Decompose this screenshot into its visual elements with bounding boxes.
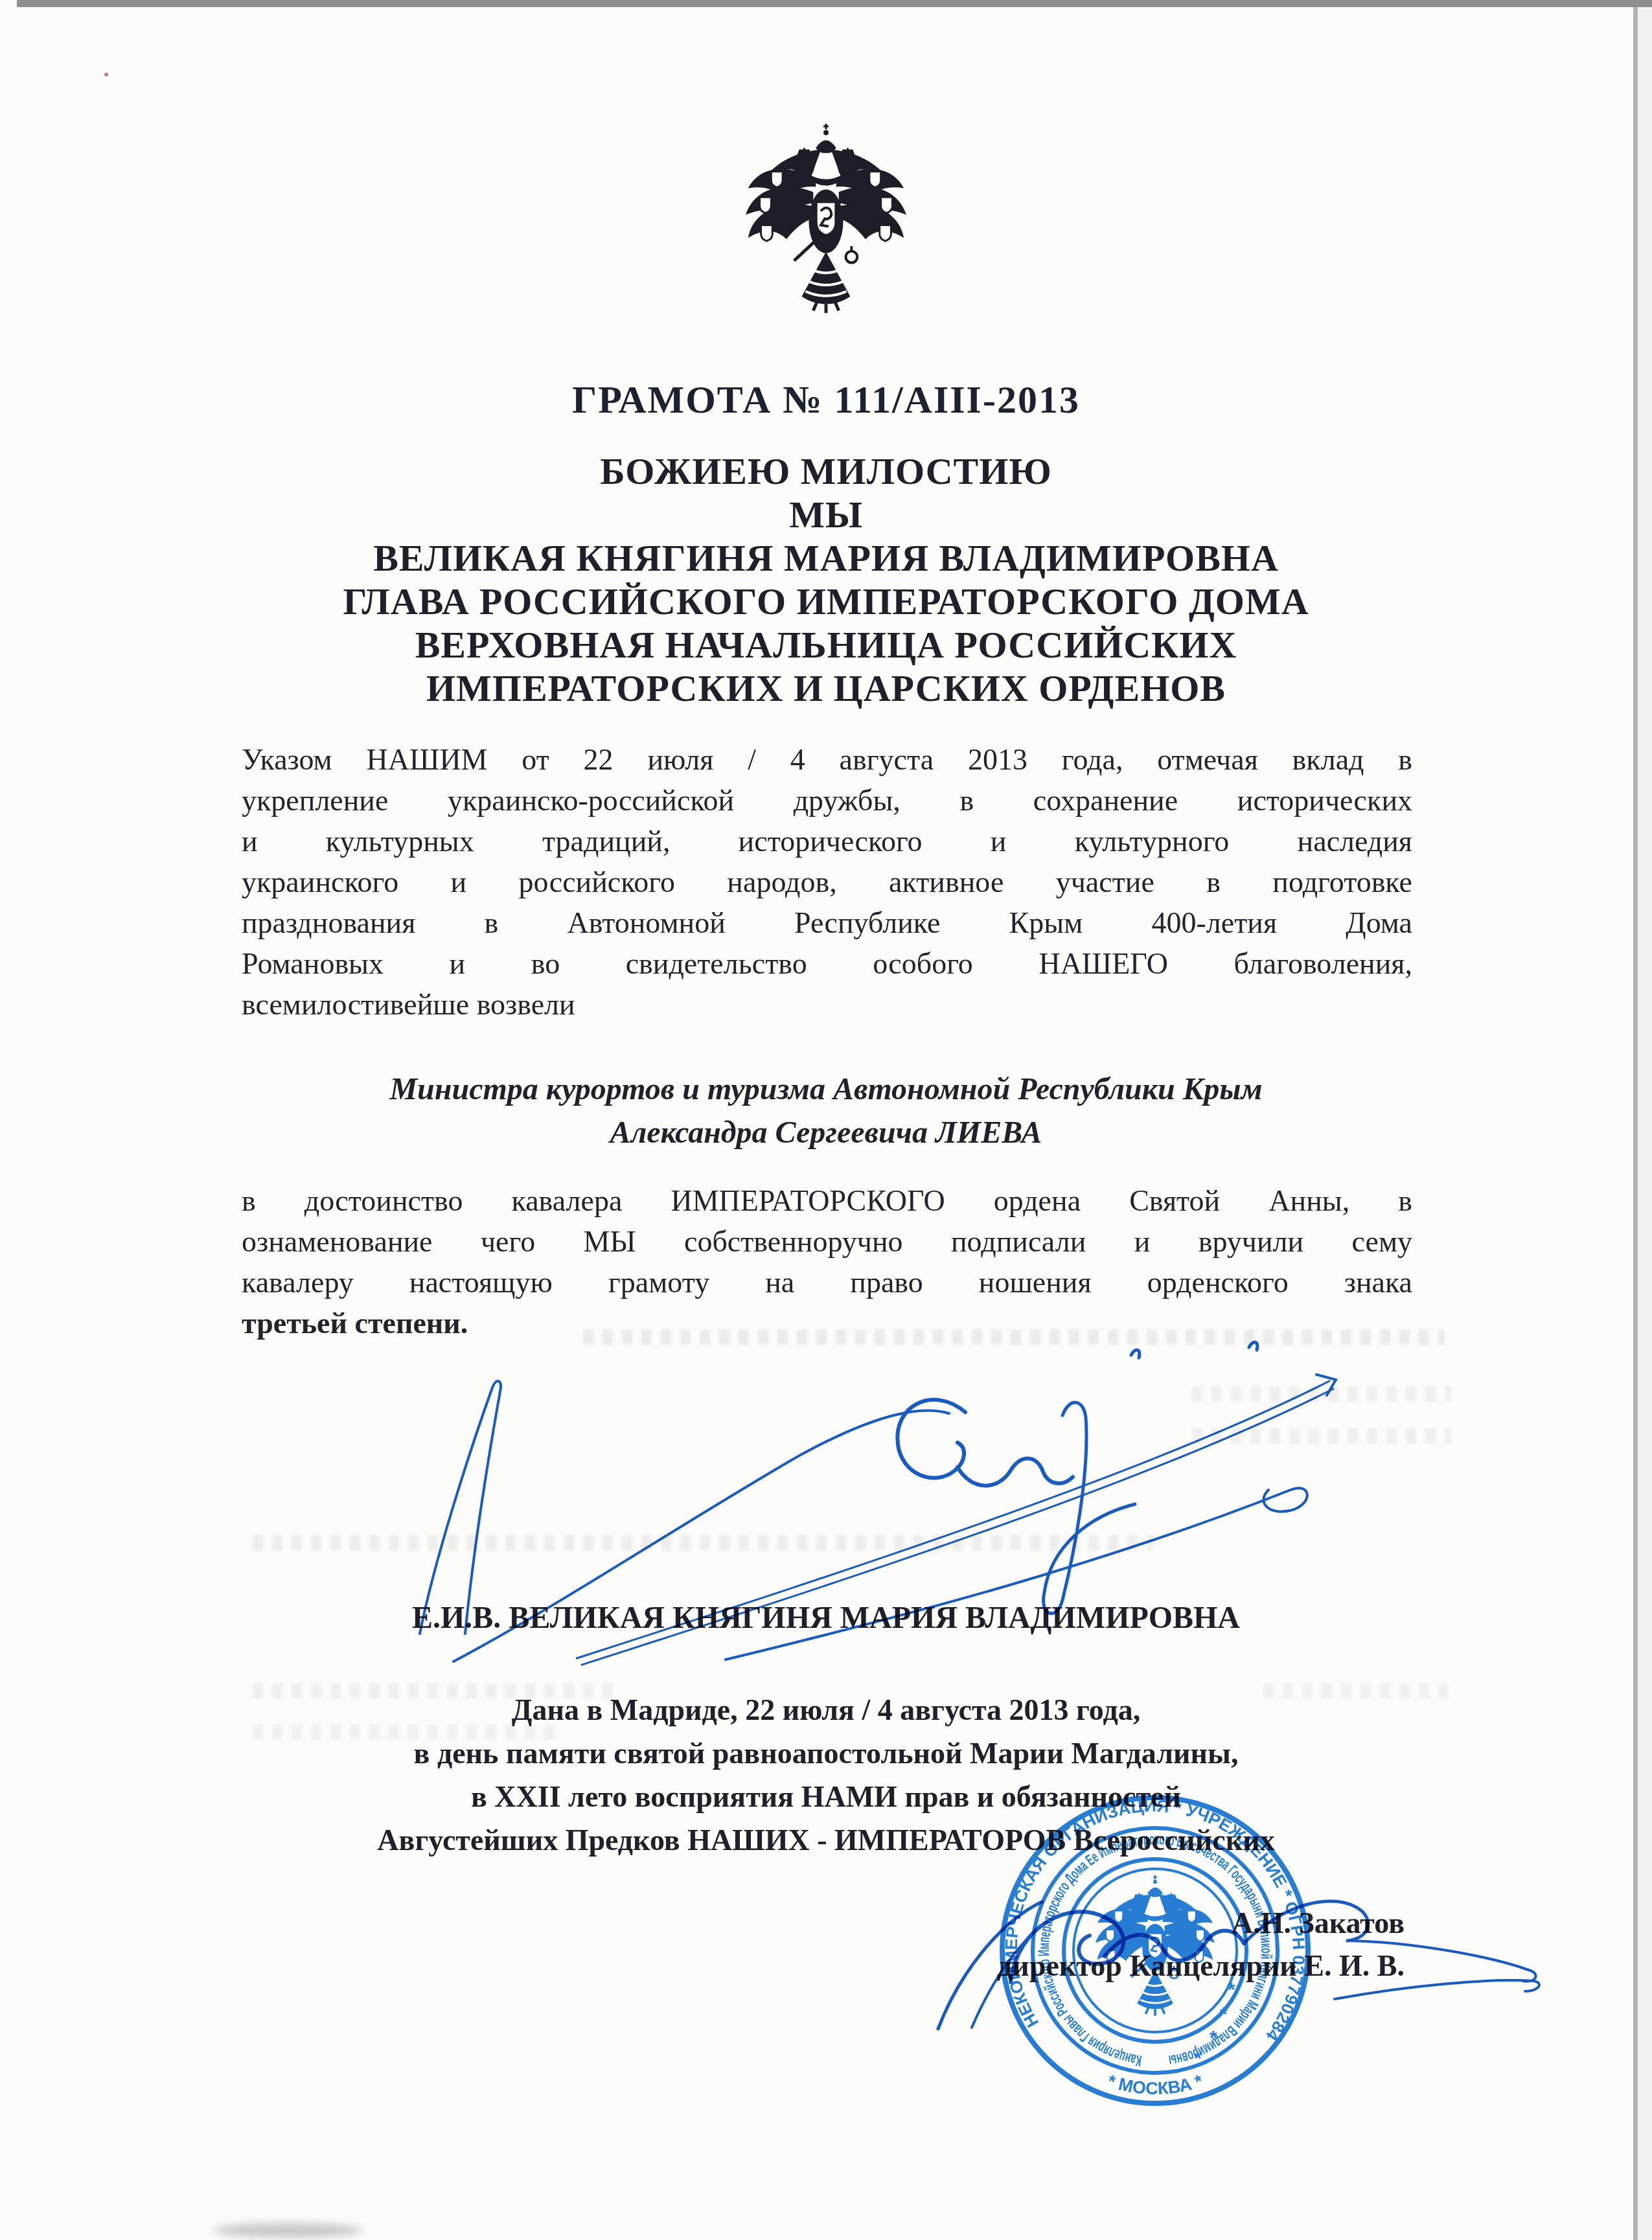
imperial-eagle-emblem	[743, 123, 909, 327]
secretary-signature	[920, 1866, 1555, 2060]
paragraph-line: украинского и российского народов, актив…	[242, 862, 1412, 902]
heading-line: БОЖИЕЮ МИЛОСТИЮ	[0, 450, 1652, 493]
grand-duchess-signature	[363, 1334, 1438, 1684]
document-title: ГРАМОТА № 111/АIII-2013	[0, 378, 1652, 422]
paragraph-line: Романовых и во свидетельство особого НАШ…	[242, 943, 1412, 984]
paragraph-line: Указом НАШИМ от 22 июля / 4 августа 2013…	[242, 739, 1412, 780]
recipient-block: Министра курортов и туризма Автономной Р…	[0, 1068, 1652, 1154]
heading-block: БОЖИЕЮ МИЛОСТИЮ МЫ ВЕЛИКАЯ КНЯГИНЯ МАРИЯ…	[0, 450, 1652, 710]
date-line: в XXII лето восприятия НАМИ прав и обяза…	[0, 1775, 1652, 1818]
date-block: Дана в Мадриде, 22 июля / 4 августа 2013…	[0, 1688, 1652, 1862]
paragraph-line: кавалеру настоящую грамоту на право ноше…	[242, 1262, 1412, 1303]
date-line: Дана в Мадриде, 22 июля / 4 августа 2013…	[0, 1688, 1652, 1731]
recipient-line: Александра Сергеевича ЛИЕВА	[0, 1111, 1652, 1154]
scan-smudge	[214, 2223, 363, 2237]
paragraph-line: в достоинство кавалера ИМПЕРАТОРСКОГО ор…	[242, 1180, 1412, 1221]
heading-line: ВЕЛИКАЯ КНЯГИНЯ МАРИЯ ВЛАДИМИРОВНА	[0, 536, 1652, 580]
heading-line: МЫ	[0, 493, 1652, 536]
paragraph-line: празднования в Автономной Республике Кры…	[242, 902, 1412, 943]
body-paragraph-2: в достоинство кавалера ИМПЕРАТОРСКОГО ор…	[242, 1180, 1412, 1343]
scanned-certificate: ГРАМОТА № 111/АIII-2013 БОЖИЕЮ МИЛОСТИЮ …	[0, 0, 1652, 2240]
date-line: в день памяти святой равноапостольной Ма…	[0, 1731, 1652, 1775]
heading-line: ВЕРХОВНАЯ НАЧАЛЬНИЦА РОССИЙСКИХ	[0, 623, 1652, 667]
paragraph-line: и культурных традиций, исторического и к…	[242, 821, 1412, 862]
seal-city-text: * МОСКВА *	[1105, 2071, 1206, 2098]
heading-line: ИМПЕРАТОРСКИХ И ЦАРСКИХ ОРДЕНОВ	[0, 667, 1652, 710]
paper-speck	[104, 73, 108, 76]
paragraph-line: всемилостивейше возвели	[242, 984, 1412, 1025]
body-paragraph-1: Указом НАШИМ от 22 июля / 4 августа 2013…	[242, 739, 1412, 1025]
scanner-edge-band	[17, 0, 1652, 7]
date-line: Августейших Предков НАШИХ - ИМПЕРАТОРОВ …	[0, 1818, 1652, 1862]
recipient-line: Министра курортов и туризма Автономной Р…	[0, 1068, 1652, 1111]
svg-text:* МОСКВА *: * МОСКВА *	[1105, 2071, 1206, 2098]
paragraph-line: ознаменование чего МЫ собственноручно по…	[242, 1221, 1412, 1262]
heading-line: ГЛАВА РОССИЙСКОГО ИМПЕРАТОРСКОГО ДОМА	[0, 580, 1652, 623]
paragraph-line: укрепление украинско-российской дружбы, …	[242, 780, 1412, 821]
